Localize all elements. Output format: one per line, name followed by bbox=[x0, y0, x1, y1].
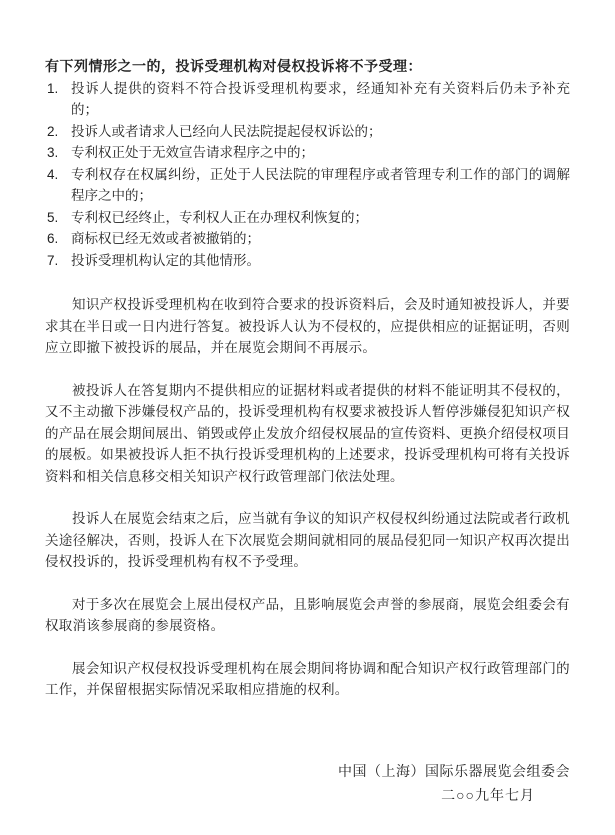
list-item-text: 投诉受理机构认定的其他情形。 bbox=[71, 250, 570, 272]
list-item: 4. 专利权存在权属纠纷，正处于人民法院的审理程序或者管理专利工作的部门的调解程… bbox=[45, 164, 570, 207]
list-item: 3. 专利权正处于无效宣告请求程序之中的； bbox=[45, 142, 570, 164]
list-item-text: 专利权存在权属纠纷，正处于人民法院的审理程序或者管理专利工作的部门的调解程序之中… bbox=[71, 164, 570, 207]
list-item-number: 4. bbox=[45, 164, 71, 186]
list-item: 6. 商标权已经无效或者被撤销的； bbox=[45, 228, 570, 250]
list-item-number: 6. bbox=[45, 228, 71, 250]
list-item-number: 1. bbox=[45, 78, 71, 100]
list-item-number: 2. bbox=[45, 121, 71, 143]
signature-date: 二○○九年七月 bbox=[45, 783, 570, 807]
paragraph-notify-respondent: 知识产权投诉受理机构在收到符合要求的投诉资料后，会及时通知被投诉人，并要求其在半… bbox=[45, 294, 570, 359]
list-item-text: 投诉人或者请求人已经向人民法院提起侵权诉讼的； bbox=[71, 121, 570, 143]
signature-block: 中国（上海）国际乐器展览会组委会 二○○九年七月 bbox=[45, 759, 570, 807]
list-item: 2. 投诉人或者请求人已经向人民法院提起侵权诉讼的； bbox=[45, 121, 570, 143]
list-item-number: 7. bbox=[45, 250, 71, 272]
signature-organization: 中国（上海）国际乐器展览会组委会 bbox=[45, 759, 570, 783]
list-item: 7. 投诉受理机构认定的其他情形。 bbox=[45, 250, 570, 272]
paragraph-cooperation: 展会知识产权侵权投诉受理机构在展会期间将协调和配合知识产权行政管理部门的工作，并… bbox=[45, 658, 570, 701]
refusal-conditions-list: 1. 投诉人提供的资料不符合投诉受理机构要求，经通知补充有关资料后仍未予补充的；… bbox=[45, 78, 570, 272]
list-item-text: 专利权已经终止，专利权人正在办理权利恢复的； bbox=[71, 207, 570, 229]
list-item: 5. 专利权已经终止，专利权人正在办理权利恢复的； bbox=[45, 207, 570, 229]
list-item-text: 专利权正处于无效宣告请求程序之中的； bbox=[71, 142, 570, 164]
paragraph-after-exhibition: 投诉人在展览会结束之后，应当就有争议的知识产权侵权纠纷通过法院或者行政机关途径解… bbox=[45, 508, 570, 573]
paragraph-repeat-offenders: 对于多次在展览会上展出侵权产品，且影响展览会声誉的参展商，展览会组委会有权取消该… bbox=[45, 594, 570, 637]
list-item: 1. 投诉人提供的资料不符合投诉受理机构要求，经通知补充有关资料后仍未予补充的； bbox=[45, 78, 570, 121]
body-paragraphs: 知识产权投诉受理机构在收到符合要求的投诉资料后，会及时通知被投诉人，并要求其在半… bbox=[45, 294, 570, 701]
paragraph-failure-to-prove: 被投诉人在答复期内不提供相应的证据材料或者提供的材料不能证明其不侵权的，又不主动… bbox=[45, 380, 570, 488]
document-heading: 有下列情形之一的，投诉受理机构对侵权投诉将不予受理： bbox=[45, 56, 570, 78]
document-page: 有下列情形之一的，投诉受理机构对侵权投诉将不予受理： 1. 投诉人提供的资料不符… bbox=[0, 0, 615, 835]
list-item-text: 投诉人提供的资料不符合投诉受理机构要求，经通知补充有关资料后仍未予补充的； bbox=[71, 78, 570, 121]
list-item-text: 商标权已经无效或者被撤销的； bbox=[71, 228, 570, 250]
list-item-number: 5. bbox=[45, 207, 71, 229]
list-item-number: 3. bbox=[45, 142, 71, 164]
